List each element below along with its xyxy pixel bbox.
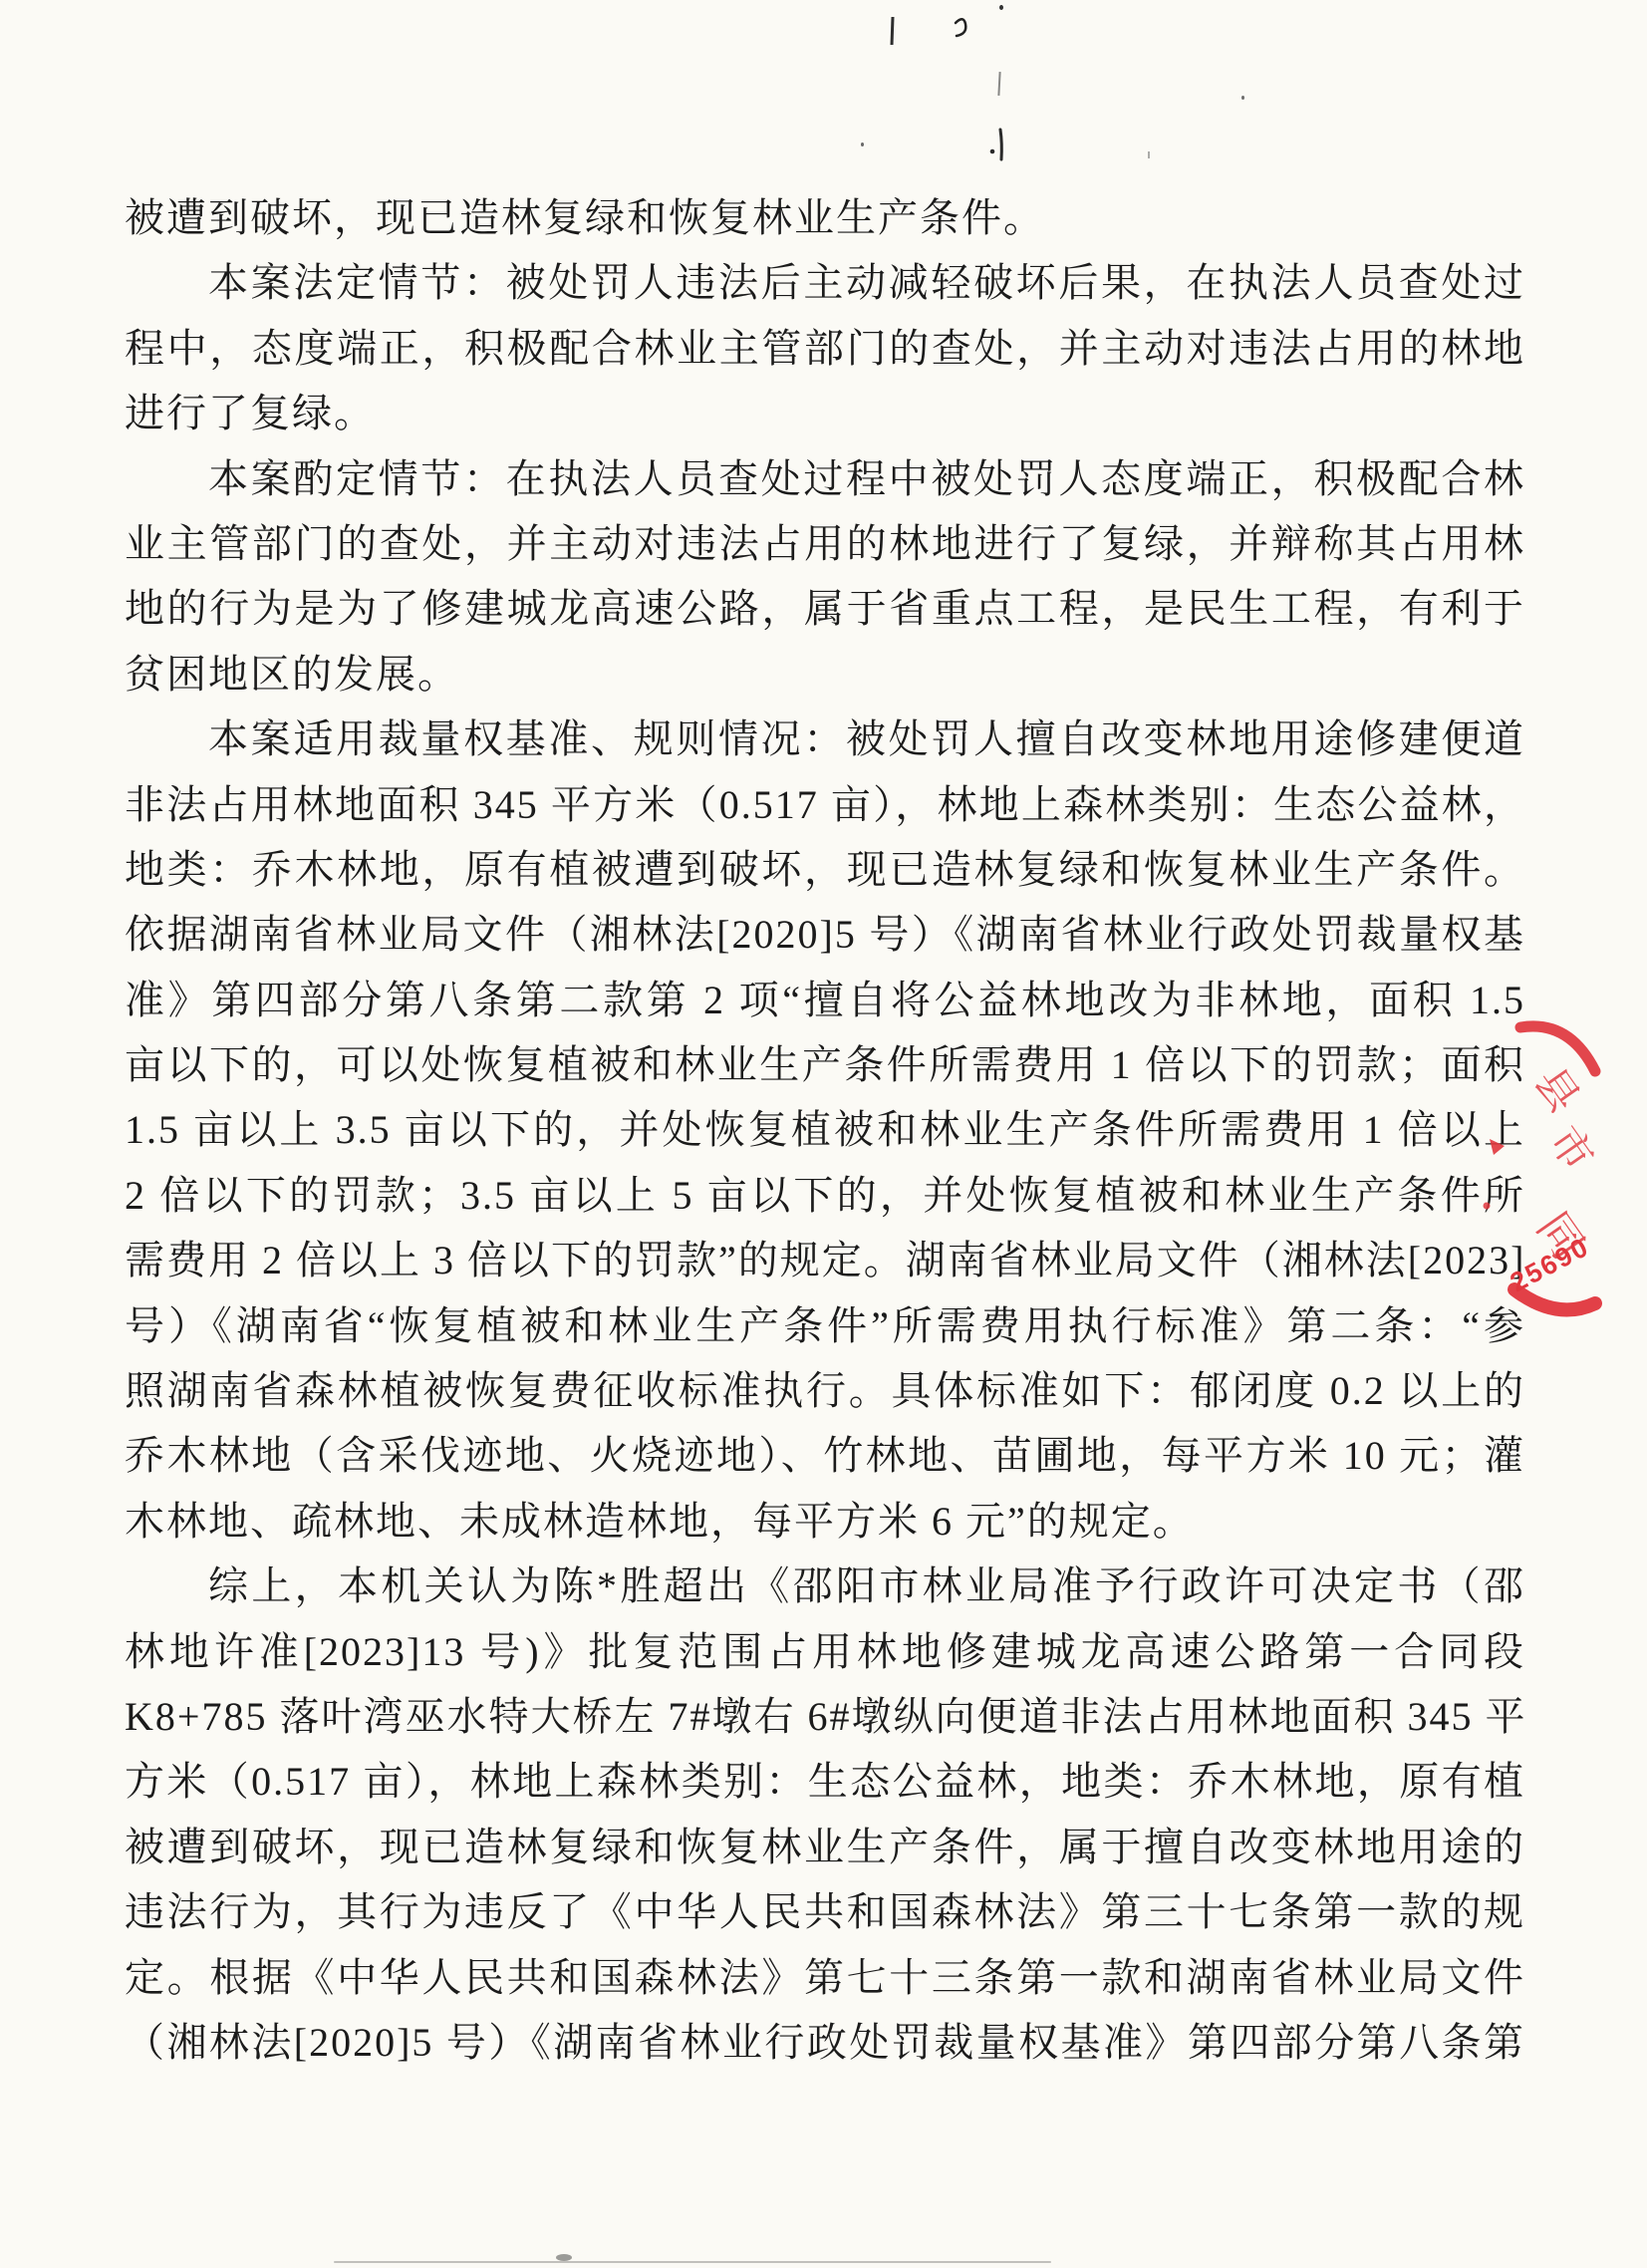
text-line: 乔木林地（含采伐迹地、火烧迹地）、竹林地、苗圃地，每平方米 10 元；灌: [125, 1423, 1525, 1488]
text-line: 本案适用裁量权基准、规则情况：被处罚人擅自改变林地用途修建便道: [125, 707, 1525, 771]
text-line: 号）《湖南省“恢复植被和林业生产条件”所需费用执行标准》第二条：“参: [125, 1293, 1525, 1358]
seal-ink-speck: [1484, 1203, 1491, 1210]
scan-artifact-bar: [891, 17, 895, 45]
text-line: 方米（0.517 亩），林地上森林类别：生态公益林，地类：乔木林地，原有植: [125, 1749, 1525, 1814]
text-line: 林地许准[2023]13 号)》批复范围占用林地修建城龙高速公路第一合同段: [125, 1619, 1525, 1684]
text-line: 被遭到破坏，现已造林复绿和恢复林业生产条件，属于擅自改变林地用途的: [125, 1815, 1525, 1879]
scan-artifact-mark: [988, 128, 1010, 161]
seal-character: 市: [1539, 1119, 1601, 1180]
scan-artifact-dot: [861, 142, 864, 146]
text-line: 1.5 亩以上 3.5 亩以下的，并处恢复植被和林业生产条件所需费用 1 倍以上: [125, 1097, 1525, 1162]
text-line: 地类：乔木林地，原有植被遭到破坏，现已造林复绿和恢复林业生产条件。: [125, 837, 1525, 902]
text-line: 被遭到破坏，现已造林复绿和恢复林业生产条件。: [125, 185, 1525, 250]
text-line: 非法占用林地面积 345 平方米（0.517 亩），林地上森林类别：生态公益林，: [125, 772, 1525, 837]
scan-artifact-dash: [997, 72, 1000, 96]
text-line: 亩以下的，可以处恢复植被和林业生产条件所需费用 1 倍以下的罚款；面积: [125, 1032, 1525, 1097]
text-line: （湘林法[2020]5 号）《湖南省林业行政处罚裁量权基准》第四部分第八条第: [125, 2010, 1525, 2075]
text-line: 本案法定情节：被处罚人违法后主动减轻破坏后果，在执法人员查处过: [125, 250, 1525, 315]
scan-artifact-dot: [1241, 96, 1244, 100]
scan-artifact-tick: [1148, 151, 1150, 158]
seal-graphic: 县 市 同 25690: [1475, 992, 1647, 1335]
scan-artifact-dot: [999, 5, 1003, 10]
text-line: 本案酌定情节：在执法人员查处过程中被处罚人态度端正，积极配合林: [125, 446, 1525, 511]
text-line: 程中，态度端正，积极配合林业主管部门的查处，并主动对违法占用的林地: [125, 316, 1525, 381]
text-line: 进行了复绿。: [125, 381, 1525, 445]
text-line: 地的行为是为了修建城龙高速公路，属于省重点工程，是民生工程，有利于: [125, 576, 1525, 641]
text-line: 定。根据《中华人民共和国森林法》第七十三条第一款和湖南省林业局文件: [125, 1945, 1525, 2010]
seal-ink-speck: [1490, 1139, 1505, 1155]
text-line: 综上，本机关认为陈*胜超出《邵阳市林业局准予行政许可决定书（邵: [125, 1554, 1525, 1618]
scan-edge-line: [334, 2261, 1051, 2263]
text-line: 贫困地区的发展。: [125, 642, 1525, 707]
text-line: K8+785 落叶湾巫水特大桥左 7#墩右 6#墩纵向便道非法占用林地面积 34…: [125, 1684, 1525, 1749]
text-line: 准》第四部分第八条第二款第 2 项“擅自将公益林地改为非林地，面积 1.5: [125, 968, 1525, 1032]
text-line: 照湖南省森林植被恢复费征收标准执行。具体标准如下：郁闭度 0.2 以上的: [125, 1358, 1525, 1423]
text-line: 2 倍以下的罚款；3.5 亩以上 5 亩以下的，并处恢复植被和林业生产条件所: [125, 1163, 1525, 1228]
scan-artifact-squiggle: [953, 15, 972, 41]
text-line: 业主管部门的查处，并主动对违法占用的林地进行了复绿，并辩称其占用林: [125, 511, 1525, 576]
seal-character: 县: [1525, 1060, 1587, 1121]
text-line: 木林地、疏林地、未成林造林地，每平方米 6 元”的规定。: [125, 1489, 1525, 1554]
text-line: 违法行为，其行为违反了《中华人民共和国森林法》第三十七条第一款的规: [125, 1879, 1525, 1944]
text-line: 需费用 2 倍以上 3 倍以下的罚款”的规定。湖南省林业局文件（湘林法[2023…: [125, 1228, 1525, 1292]
document-body: 被遭到破坏，现已造林复绿和恢复林业生产条件。 本案法定情节：被处罚人违法后主动减…: [125, 185, 1525, 2075]
red-seal-stamp: 县 市 同 25690: [1475, 992, 1647, 1335]
text-line: 依据湖南省林业局文件（湘林法[2020]5 号）《湖南省林业行政处罚裁量权基: [125, 902, 1525, 967]
scan-artifact-blob: [556, 2254, 572, 2261]
